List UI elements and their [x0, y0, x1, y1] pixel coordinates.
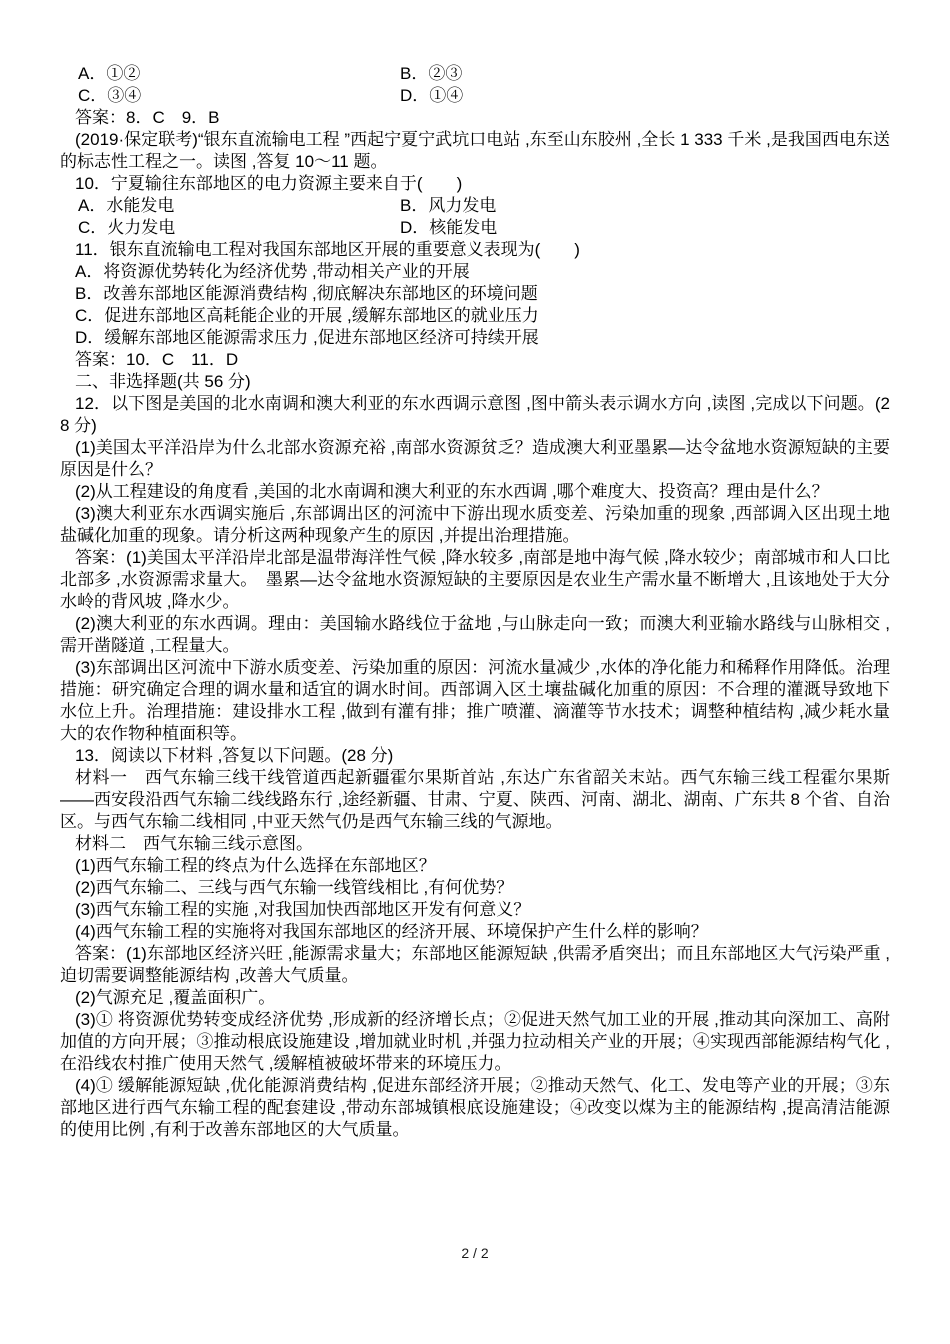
sub-question: (3)澳大利亚东水西调实施后 ,东部调出区的河流中下游出现水质变差、污染加重的现… [60, 503, 890, 547]
sub-question: (3)西气东输工程的实施 ,对我国加快西部地区开发有何意义？ [60, 899, 890, 921]
document-page: A．①②B．②③C．③④D．①④答案：8．C 9．B(2019·保定联考)“银东… [0, 0, 950, 1344]
answer-paragraph: (2)澳大利亚的东水西调。理由：美国输水路线位于盆地 ,与山脉走向一致；而澳大利… [60, 613, 890, 657]
question: 13．阅读以下材料 ,答复以下问题。(28 分) [60, 745, 890, 767]
answer-paragraph: (3)① 将资源优势转变成经济优势 ,形成新的经济增长点；②促进天然气加工业的开… [60, 1009, 890, 1075]
material: 材料二 西气东输三线示意图。 [60, 833, 890, 855]
answer-options-row: A．①②B．②③ [60, 63, 890, 85]
sub-question: (2)西气东输二、三线与西气东输一线管线相比 ,有何优势？ [60, 877, 890, 899]
option-line: A．将资源优势转化为经济优势 ,带动相关产业的开展 [60, 261, 890, 283]
answer-paragraph: 答案：(1)东部地区经济兴旺 ,能源需求量大；东部地区能源短缺 ,供需矛盾突出；… [60, 943, 890, 987]
option-left: A．水能发电 [60, 195, 400, 217]
sub-question: (4)西气东输工程的实施将对我国东部地区的经济开展、环境保护产生什么样的影响？ [60, 921, 890, 943]
question: 10．宁夏输往东部地区的电力资源主要来自于( ) [60, 173, 890, 195]
sub-question: (1)西气东输工程的终点为什么选择在东部地区？ [60, 855, 890, 877]
option-right: B．②③ [400, 63, 890, 85]
answer-line: 答案：10．C 11．D [60, 349, 890, 371]
page-number: 2 / 2 [0, 1244, 950, 1262]
question-stem: (2019·保定联考)“银东直流输电工程 ”西起宁夏宁武坑口电站 ,东至山东胶州… [60, 129, 890, 173]
option-left: C．③④ [60, 85, 400, 107]
answer-line: 答案：8．C 9．B [60, 107, 890, 129]
sub-question: (2)从工程建设的角度看 ,美国的北水南调和澳大利亚的东水西调 ,哪个难度大、投… [60, 481, 890, 503]
option-left: A．①② [60, 63, 400, 85]
option-left: C．火力发电 [60, 217, 400, 239]
sub-question: (1)美国太平洋沿岸为什么北部水资源充裕 ,南部水资源贫乏？造成澳大利亚墨累—达… [60, 437, 890, 481]
material: 材料一 西气东输三线干线管道西起新疆霍尔果斯首站 ,东达广东省韶关末站。西气东输… [60, 767, 890, 833]
question: 12．以下图是美国的北水南调和澳大利亚的东水西调示意图 ,图中箭头表示调水方向 … [60, 393, 890, 437]
answer-paragraph: (2)气源充足 ,覆盖面积广。 [60, 987, 890, 1009]
answer-options-row: C．火力发电D．核能发电 [60, 217, 890, 239]
option-line: D．缓解东部地区能源需求压力 ,促进东部地区经济可持续开展 [60, 327, 890, 349]
option-right: D．①④ [400, 85, 890, 107]
section-heading: 二、非选择题(共 56 分) [60, 371, 890, 393]
option-right: D．核能发电 [400, 217, 890, 239]
answer-paragraph: (4)① 缓解能源短缺 ,优化能源消费结构 ,促进东部经济开展；②推动天然气、化… [60, 1075, 890, 1141]
question: 11．银东直流输电工程对我国东部地区开展的重要意义表现为( ) [60, 239, 890, 261]
answer-options-row: C．③④D．①④ [60, 85, 890, 107]
option-line: B．改善东部地区能源消费结构 ,彻底解决东部地区的环境问题 [60, 283, 890, 305]
answer-paragraph: 答案：(1)美国太平洋沿岸北部是温带海洋性气候 ,降水较多 ,南部是地中海气候 … [60, 547, 890, 613]
answer-paragraph: (3)东部调出区河流中下游水质变差、污染加重的原因：河流水量减少 ,水体的净化能… [60, 657, 890, 745]
option-line: C．促进东部地区高耗能企业的开展 ,缓解东部地区的就业压力 [60, 305, 890, 327]
option-right: B．风力发电 [400, 195, 890, 217]
answer-options-row: A．水能发电B．风力发电 [60, 195, 890, 217]
document-content: A．①②B．②③C．③④D．①④答案：8．C 9．B(2019·保定联考)“银东… [60, 63, 890, 1141]
